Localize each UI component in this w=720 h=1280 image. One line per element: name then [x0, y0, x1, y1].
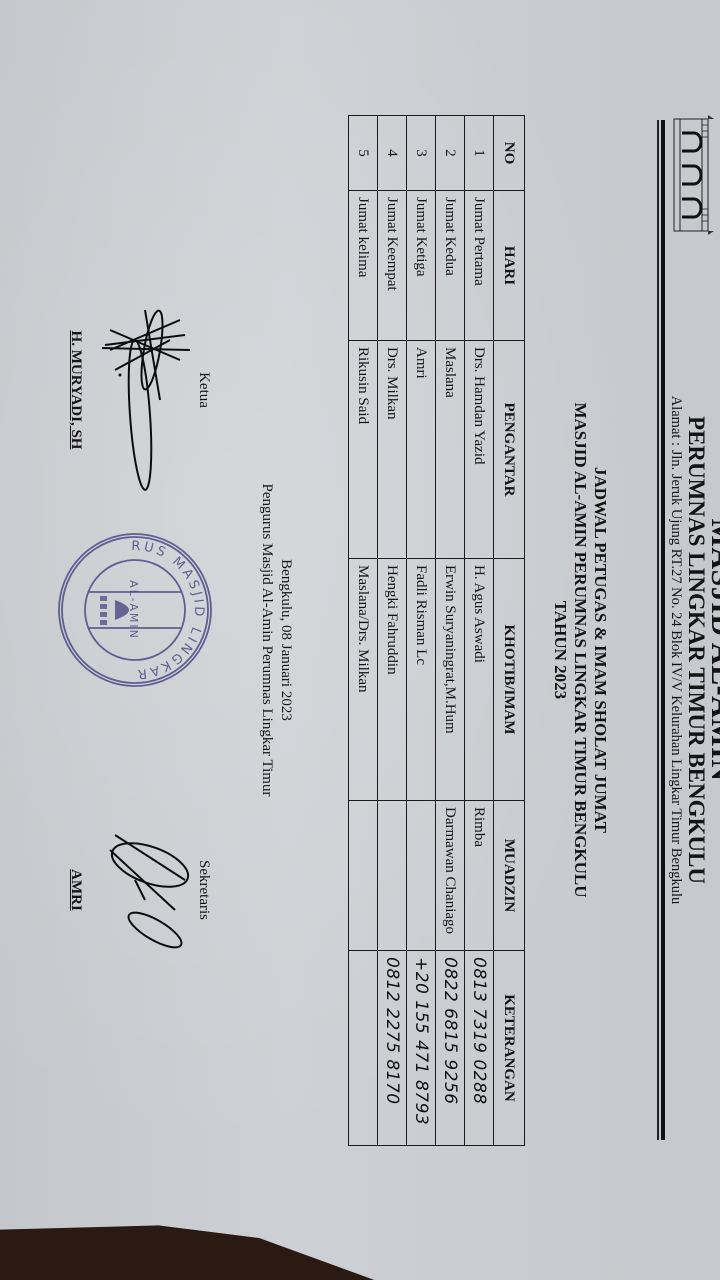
cell-pengantar: Drs. Hamdan Yazid: [465, 341, 494, 559]
secretary-name: AMRI: [67, 840, 84, 940]
header-hari: HARI: [494, 191, 525, 341]
cell-no: 1: [465, 116, 494, 191]
table-row: 1Jumat PertamaDrs. Hamdan YazidH. Agus A…: [465, 116, 494, 1146]
cell-hari: Jumat Pertama: [465, 191, 494, 341]
cell-pengantar: Rikusin Said: [349, 341, 378, 559]
cell-hari: Jumat Keempat: [378, 191, 407, 341]
chairman-name: H. MURYADI, SH: [67, 280, 84, 500]
table-row: 2Jumat KeduaMaslanaErwin Suryaningrat,M.…: [436, 116, 465, 1146]
cell-no: 4: [378, 116, 407, 191]
cell-khotib-imam: H. Agus Aswadi: [465, 559, 494, 801]
table-row: 3Jumat KetigaAmriFadli Risman Lc+20 155 …: [407, 116, 436, 1146]
secretary-signature-icon: [100, 820, 200, 970]
cell-muadzin: Darmawan Chaniago: [436, 801, 465, 951]
table-row: 5Jumat kelimaRikusin SaidMaslana/Drs. Mi…: [349, 116, 378, 1146]
cell-hari: Jumat Ketiga: [407, 191, 436, 341]
signing-organization: Pengurus Masjid Al-Amin Perumnas Lingkar…: [258, 360, 275, 920]
cell-keterangan: +20 155 471 8793: [407, 951, 436, 1146]
cell-pengantar: Maslana: [436, 341, 465, 559]
mosque-committee-stamp-icon: PENGURUS MASJID LINGKAR TIMUR AL-AMIN: [55, 530, 215, 690]
schedule-year: TAHUN 2023: [551, 240, 570, 1060]
cell-keterangan: 0822 6815 9256: [436, 951, 465, 1146]
cell-khotib-imam: Fadli Risman Lc: [407, 559, 436, 801]
cell-khotib-imam: Erwin Suryaningrat,M.Hum: [436, 559, 465, 801]
cell-no: 5: [349, 116, 378, 191]
header-pengantar: PENGANTAR: [494, 341, 525, 559]
friday-prayer-schedule-table: NO HARI PENGANTAR KHOTIB/IMAM MUADZIN KE…: [348, 115, 525, 1146]
header-muadzin: MUADZIN: [494, 801, 525, 951]
schedule-subtitle: MASJID AL-AMIN PERUMNAS LINGKAR TIMUR BE…: [571, 240, 590, 1060]
table-header-row: NO HARI PENGANTAR KHOTIB/IMAM MUADZIN KE…: [494, 116, 525, 1146]
org-subtitle: PERUMNAS LINGKAR TIMUR BENGKULU: [684, 240, 708, 1060]
cell-no: 3: [407, 116, 436, 191]
org-address: Alamat : Jln. Jeruk Ujung RT.27 No. 24 B…: [668, 240, 684, 1060]
schedule-title: JADWAL PETUGAS & IMAM SHOLAT JUMAT: [591, 240, 610, 1060]
chairman-signature-icon: [90, 290, 200, 500]
rotated-document: MASJID AL-AMIN PERUMNAS LINGKAR TIMUR BE…: [0, 0, 720, 1280]
cell-hari: Jumat Kedua: [436, 191, 465, 341]
table-row: 4Jumat KeempatDrs. MilkanHengki Fahruddi…: [378, 116, 407, 1146]
cell-keterangan: 0812 2275 8170: [378, 951, 407, 1146]
header-divider-thin: [658, 120, 660, 1140]
cell-hari: Jumat kelima: [349, 191, 378, 341]
cell-muadzin: [349, 801, 378, 951]
header-divider-thick: [661, 120, 665, 1140]
header-no: NO: [494, 116, 525, 191]
cell-keterangan: 0813 7319 0288: [465, 951, 494, 1146]
cell-muadzin: [378, 801, 407, 951]
header-khotib-imam: KHOTIB/IMAM: [494, 559, 525, 801]
cell-no: 2: [436, 116, 465, 191]
cell-keterangan: [349, 951, 378, 1146]
cell-khotib-imam: Hengki Fahruddin: [378, 559, 407, 801]
mosque-building-logo-icon: [672, 115, 716, 235]
place-date: Bengkulu, 08 Januari 2023: [277, 360, 294, 920]
cell-muadzin: Rimba: [465, 801, 494, 951]
cell-pengantar: Amri: [407, 341, 436, 559]
cell-muadzin: [407, 801, 436, 951]
header-keterangan: KETERANGAN: [494, 951, 525, 1146]
cell-khotib-imam: Maslana/Drs. Milkan: [349, 559, 378, 801]
cell-pengantar: Drs. Milkan: [378, 341, 407, 559]
